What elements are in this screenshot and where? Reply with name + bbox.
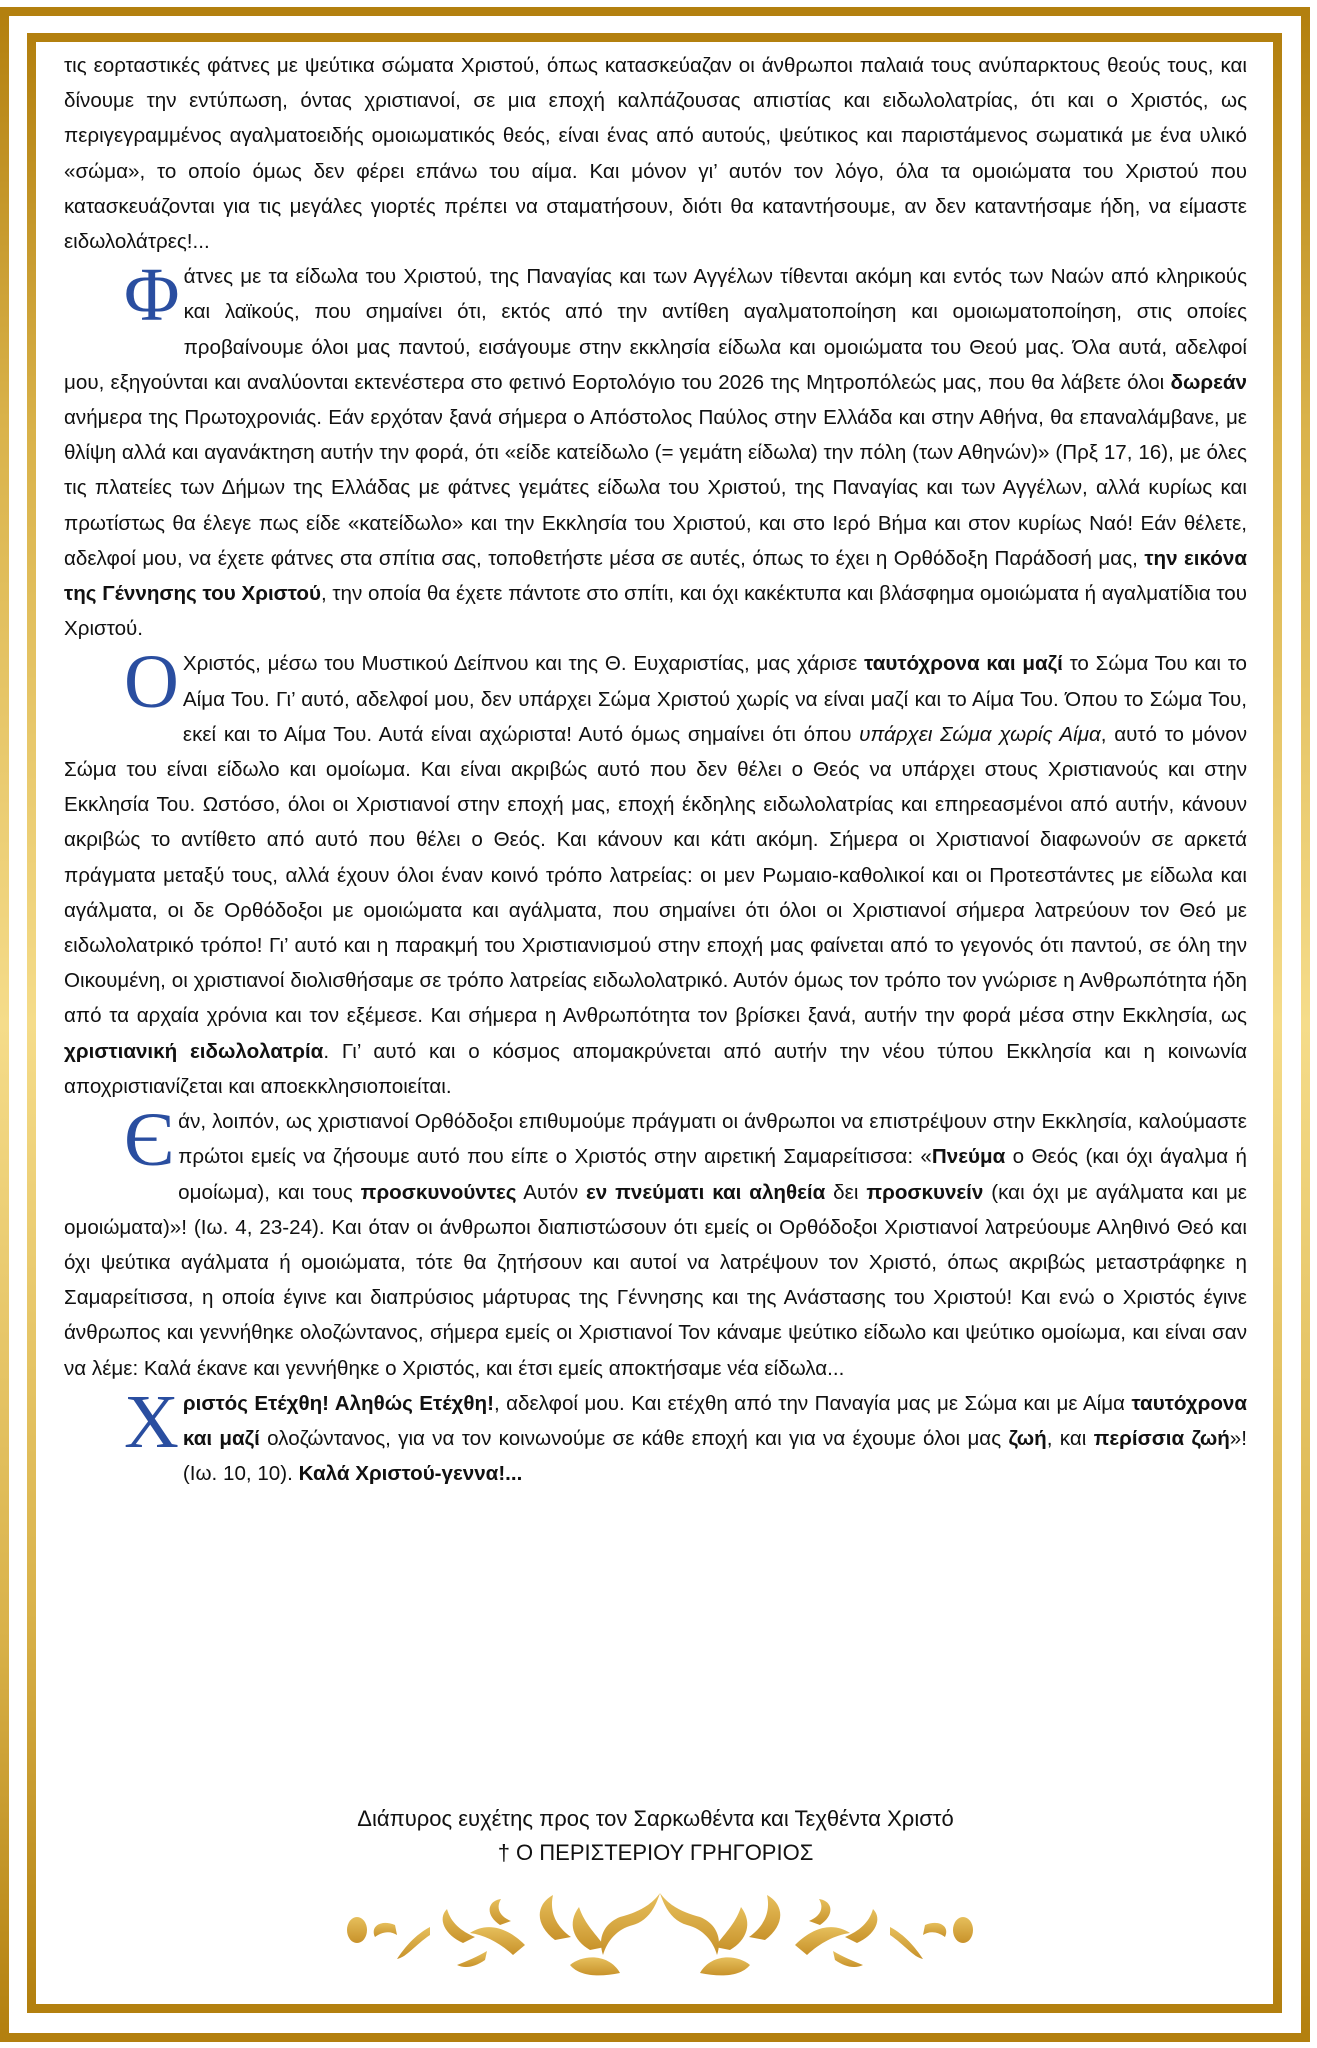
bold-text: ζωή	[1008, 1427, 1046, 1450]
italic-text: υπάρχει Σώμα χωρίς Αίμα	[859, 723, 1101, 746]
bold-text: Καλά Χριστού-γεννα!...	[299, 1462, 523, 1485]
bold-text: εν πνεύματι και αληθεία	[586, 1181, 825, 1204]
bold-text: ταυτόχρονα και μαζί	[864, 652, 1063, 675]
body-text: Χριστός, μέσω του Μυστικού Δείπνου και τ…	[183, 652, 864, 675]
bold-text: χριστιανική ειδωλολατρία	[64, 1040, 323, 1063]
body-text: , αδελφοί μου. Και ετέχθη από την Παναγί…	[494, 1392, 1131, 1415]
body-text: (και όχι με αγάλματα και με ομοιώματα)»!…	[64, 1181, 1247, 1380]
paragraph-2: Φάτνες με τα είδωλα του Χριστού, της Παν…	[64, 259, 1247, 646]
body-text: Αυτόν	[516, 1181, 586, 1204]
paragraph-1: τις εορταστικές φάτνες με ψεύτικα σώματα…	[64, 48, 1247, 259]
gold-flourish-divider-icon	[335, 1885, 985, 1980]
paragraph-4: Єάν, λοιπόν, ως χριστιανοί Ορθόδοξοι επι…	[64, 1104, 1247, 1386]
drop-cap-letter: Є	[124, 1110, 174, 1176]
bold-text: προσκυνούντες	[361, 1181, 517, 1204]
body-text: ανήμερα της Πρωτοχρονιάς. Εάν ερχόταν ξα…	[64, 406, 1247, 570]
bold-text: προσκυνείν	[866, 1181, 983, 1204]
drop-cap-letter: Φ	[124, 265, 180, 331]
body-text: , αυτό το μόνον Σώμα του είναι είδωλο κα…	[64, 723, 1247, 1028]
paragraph-3: ΟΧριστός, μέσω του Μυστικού Δείπνου και …	[64, 646, 1247, 1104]
body-text: δει	[825, 1181, 866, 1204]
bold-text: Πνεύμα	[932, 1145, 1005, 1168]
body-text: , και	[1047, 1427, 1094, 1450]
drop-cap-letter: Ο	[124, 652, 179, 718]
paragraph-5: Χριστός Ετέχθη! Αληθώς Ετέχθη!, αδελφοί …	[64, 1386, 1247, 1492]
letter-body: τις εορταστικές φάτνες με ψεύτικα σώματα…	[64, 48, 1247, 1491]
signature-name: † Ο ΠΕΡΙΣΤΕΡΙΟΥ ΓΡΗΓΟΡΙΟΣ	[64, 1836, 1247, 1870]
bold-text: δωρεάν	[1170, 371, 1247, 394]
signature-greeting: Διάπυρος ευχέτης προς τον Σαρκωθέντα και…	[64, 1802, 1247, 1836]
bold-text: ριστός Ετέχθη! Αληθώς Ετέχθη!	[183, 1392, 494, 1415]
body-text: άτνες με τα είδωλα του Χριστού, της Πανα…	[64, 265, 1247, 394]
body-text: τις εορταστικές φάτνες με ψεύτικα σώματα…	[64, 54, 1247, 253]
body-text: ολοζώντανος, για να τον κοινωνούμε σε κά…	[260, 1427, 1009, 1450]
drop-cap-letter: Χ	[124, 1392, 179, 1458]
signature-block: Διάπυρος ευχέτης προς τον Σαρκωθέντα και…	[64, 1802, 1247, 1870]
bold-text: περίσσια ζωή	[1094, 1427, 1230, 1450]
